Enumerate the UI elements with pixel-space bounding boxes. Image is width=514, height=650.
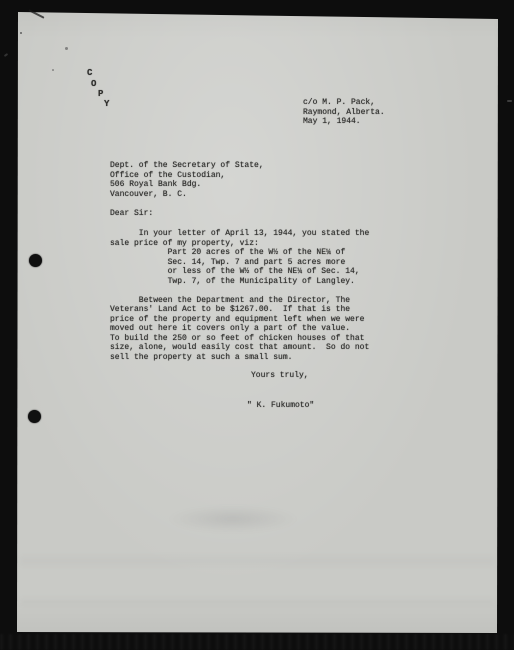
copy-stamp-letter: Y (104, 99, 109, 109)
copy-stamp-letter: P (98, 89, 103, 99)
salutation: Dear Sir: (110, 209, 153, 219)
closing: Yours truly, (251, 371, 309, 381)
punch-hole-top (29, 254, 42, 267)
dust-speck (65, 47, 68, 50)
scan-band-artifact (20, 556, 494, 566)
pencil-smudge (168, 506, 298, 532)
dust-speck (20, 32, 22, 34)
signature: " K. Fukumoto" (247, 401, 314, 411)
recipient-address-block: Dept. of the Secretary of State, Office … (110, 161, 264, 199)
dust-speck (4, 53, 8, 57)
copy-stamp-letter: C (87, 68, 92, 78)
punch-hole-bottom (28, 410, 41, 423)
dust-speck (52, 69, 54, 71)
dust-speck (507, 100, 512, 102)
scan-background: C O P Y c/o M. P. Pack, Raymond, Alberta… (0, 0, 514, 650)
scan-band-artifact (20, 598, 494, 606)
copy-stamp-letter: O (91, 79, 96, 89)
letter-body: In your letter of April 13, 1944, you st… (110, 229, 369, 362)
scan-edge-noise (0, 634, 514, 650)
sender-address-block: c/o M. P. Pack, Raymond, Alberta. May 1,… (303, 98, 385, 127)
